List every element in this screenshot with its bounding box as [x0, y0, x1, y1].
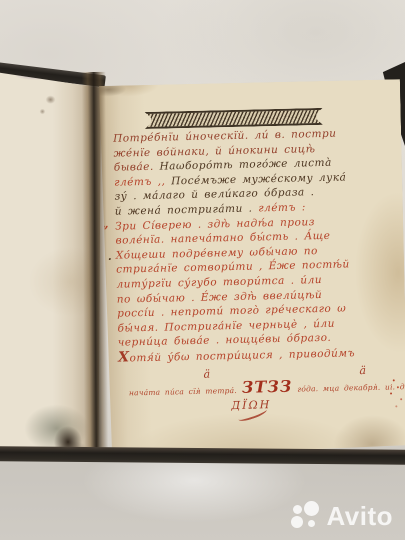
manuscript-text-segment: Х	[118, 349, 130, 365]
book-bottom-cover-edge	[0, 446, 405, 465]
colophon-year: ЗТЗЗ	[242, 380, 293, 396]
annotation-right: ӓ	[359, 364, 366, 379]
margin-dot-mark: .	[108, 250, 112, 265]
avito-logo-icon	[291, 501, 321, 531]
avito-watermark: Avito	[291, 501, 393, 531]
annotation-left: ӓ	[203, 367, 210, 382]
manuscript-text-segment: Посе́мъже муже́скому лука́	[171, 171, 346, 187]
manuscript-text-segment: гле́тъ :	[258, 201, 306, 214]
manuscript-text-segment: быва́е.	[114, 161, 160, 174]
manuscript-text-segment: й жена́ пострига́ти .	[115, 202, 259, 217]
avito-logo-circle	[293, 505, 302, 514]
right-manuscript-page: „ . Потре́бнїи и́ноческїй. ли́ в. постри…	[99, 79, 405, 458]
avito-logo-circle	[304, 501, 319, 516]
avito-wordmark: Avito	[326, 503, 393, 529]
book-gutter	[82, 72, 109, 460]
avito-logo-circle	[291, 516, 303, 528]
red-ink-speckles	[393, 379, 395, 381]
avito-logo-circle	[308, 520, 315, 527]
headpiece-ornament	[145, 108, 323, 129]
manuscript-text-block: „ . Потре́бнїи и́ноческїй. ли́ в. постри…	[113, 126, 382, 422]
colophon-left-text: нача́та пи́са сїя̀ тетра́.	[129, 384, 237, 401]
manuscript-text-segment: гле́тъ ,,	[114, 175, 171, 188]
photo-of-open-antique-book: „ . Потре́бнїи и́ноческїй. ли́ в. постри…	[0, 0, 405, 540]
colophon-right-text: го́да. мца декабря̀. иі. дн.	[297, 380, 405, 397]
